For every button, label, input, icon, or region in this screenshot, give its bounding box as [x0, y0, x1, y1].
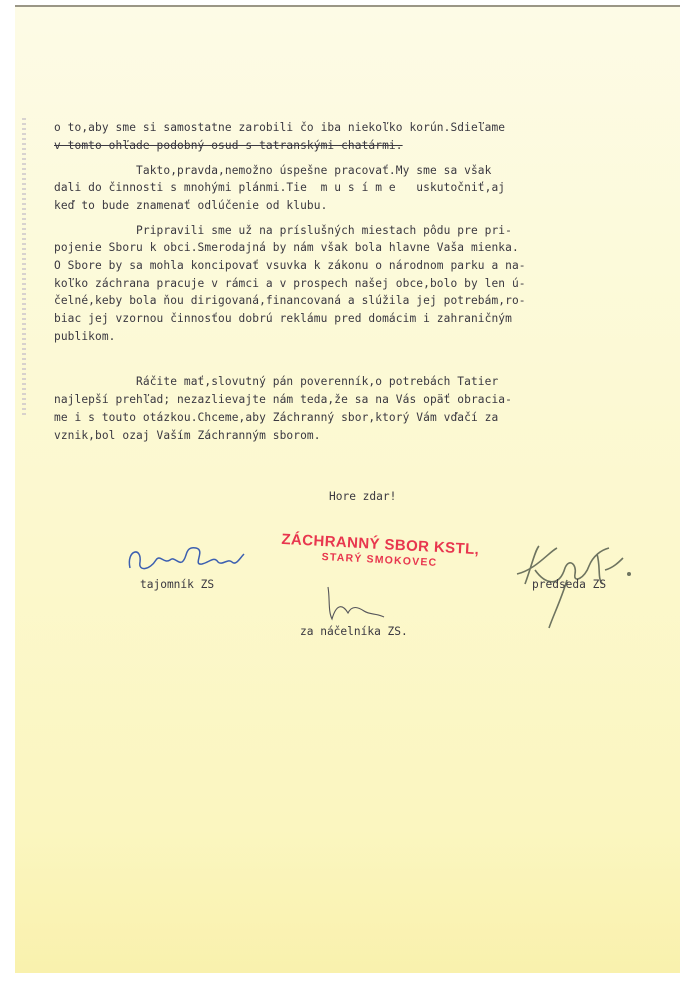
- signature-chief: [318, 585, 398, 625]
- text-line: pojenie Sboru k obci.Smerodajná by nám v…: [54, 241, 519, 254]
- text-line: Pripravili sme už na príslušných miestac…: [54, 224, 512, 237]
- text-line: biac jej vzornou činnosťou dobrú reklámu…: [54, 312, 512, 325]
- text-line: Ráčite mať,slovutný pán poverenník,o pot…: [54, 375, 498, 388]
- margin-perforation: [22, 118, 26, 418]
- text-line-struck: v tomto ohľade podobný osud s tatranským…: [54, 139, 403, 152]
- text-line: Takto,pravda,nemožno úspešne pracovať.My…: [54, 164, 491, 177]
- text-line: koľko záchrana pracuje v rámci a v prosp…: [54, 277, 526, 290]
- text-line: čelné,keby bola ňou dirigovaná,financova…: [54, 294, 526, 307]
- role-secretary: tajomník ZS: [140, 578, 214, 591]
- text-line: vznik,bol ozaj Vaším Záchranným sborom.: [54, 429, 321, 442]
- text-line: o to,aby sme si samostatne zarobili čo i…: [54, 121, 505, 134]
- role-chairman: predseda ZS: [532, 578, 606, 591]
- closing-greeting: Hore zdar!: [329, 490, 396, 503]
- signature-secretary: [122, 540, 252, 578]
- text-line: me i s touto otázkou.Chceme,aby Záchrann…: [54, 411, 498, 424]
- text-line: dali do činnosti s mnohými plánmi.Tie m …: [54, 181, 505, 194]
- role-chief: za náčelníka ZS.: [300, 625, 408, 638]
- text-line: keď to bude znamenať odlúčenie od klubu.: [54, 199, 327, 212]
- text-line: O Sbore by sa mohla koncipovať vsuvka k …: [54, 259, 526, 272]
- text-line: najlepší prehľad; nezazlievajte nám teda…: [54, 393, 512, 406]
- text-line: publikom.: [54, 330, 116, 343]
